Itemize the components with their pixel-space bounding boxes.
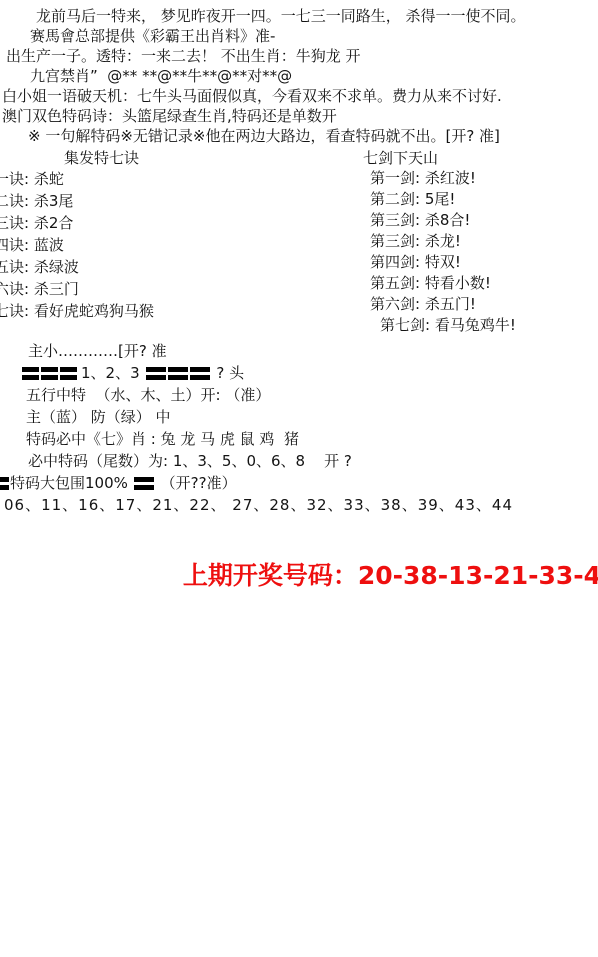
lottery-tip-sheet: 龙前马后一特来， 梦见昨夜开一四。一七三一同路生， 杀得一一使不同。 赛馬會总部… (0, 0, 598, 957)
black-bar-icon (22, 367, 39, 380)
head-bar-line: 1、2、3 ? 头 (0, 362, 598, 384)
right-column: 七剑下天山 第一剑: 杀红波! 第二剑: 5尾! 第三剑: 杀8合! 第三剑: … (358, 148, 598, 336)
right-column-row: 第四剑: 特双! (358, 252, 598, 273)
left-column-title: 集发特七诀 (0, 148, 358, 168)
zhuxiao-line: 主小…………[开? 准 (0, 340, 598, 362)
black-bar-icon (0, 477, 9, 490)
black-bar-icon (168, 367, 188, 380)
wuxing-line: 五行中特 （水、木、土）开: （准） (0, 384, 598, 406)
black-bar-icon (41, 367, 58, 380)
left-column-row: 二诀: 杀3尾 (0, 190, 358, 212)
baowei-line: 特码大包围100% （开??准） (0, 472, 598, 494)
left-column-row: 五诀: 杀绿波 (0, 256, 358, 278)
provider-line: 赛馬會总部提供《彩霸王出肖料》准- (0, 26, 598, 46)
yiju-jie-line: ※ 一句解特码※无错记录※他在两边大路边，看查特码就不出。[开? 准] (0, 126, 598, 146)
bizhong-weishu-line: 必中特码（尾数）为: 1、3、5、0、6、8 开 ? (0, 450, 598, 472)
poem-line: 龙前马后一特来， 梦见昨夜开一四。一七三一同路生， 杀得一一使不同。 (0, 6, 598, 26)
left-column-row: 七诀: 看好虎蛇鸡狗马猴 (0, 300, 358, 322)
right-column-row: 第一剑: 杀红波! (358, 168, 598, 189)
jiugong-line: 九宫禁肖” @** **@**牛**@**对**@ (0, 66, 598, 86)
aomen-line: 澳门双色特码诗：头篮尾绿查生肖,特码还是单数开 (0, 106, 598, 126)
zhufang-line: 主（蓝） 防（绿） 中 (0, 406, 598, 428)
black-bar-icon (190, 367, 210, 380)
black-bar-icon (134, 477, 154, 490)
left-column-row: 四诀: 蓝波 (0, 234, 358, 256)
baowei-text: 特码大包围100% (10, 472, 128, 494)
previous-draw-label: 上期开奖号码： (183, 561, 358, 590)
right-column-row: 第五剑: 特看小数! (358, 273, 598, 294)
birth-line: 出生产一子。透特：一来二去！ 不出生肖：牛狗龙 开 (0, 46, 598, 66)
left-column-row: 三诀: 杀2合 (0, 212, 358, 234)
right-column-title: 七剑下天山 (358, 148, 598, 168)
bizhong-shengxiao-line: 特码必中《七》肖 : 兔 龙 马 虎 鼠 鸡 猪 (0, 428, 598, 450)
left-column-row: 六诀: 杀三门 (0, 278, 358, 300)
head-bar-left-text: 1、2、3 (81, 362, 140, 384)
left-column-row: 一诀: 杀蛇 (0, 168, 358, 190)
previous-draw-line: 上期开奖号码：20-38-13-21-33-40+31 (0, 528, 598, 624)
right-column-row: 第七剑: 看马兔鸡牛! (358, 315, 598, 336)
right-column-row: 第二剑: 5尾! (358, 189, 598, 210)
candidate-numbers-line: 06、11、16、17、21、22、 27、28、32、33、38、39、43、… (0, 494, 598, 516)
baixiaojie-line: 白小姐一语破天机：七牛头马面假似真，今看双来不求单。费力从来不讨好. (0, 86, 598, 106)
right-column-row: 第六剑: 杀五门! (358, 294, 598, 315)
left-column: 集发特七诀 一诀: 杀蛇 二诀: 杀3尾 三诀: 杀2合 四诀: 蓝波 五诀: … (0, 148, 358, 336)
black-bar-icon (60, 367, 77, 380)
two-column-section: 集发特七诀 一诀: 杀蛇 二诀: 杀3尾 三诀: 杀2合 四诀: 蓝波 五诀: … (0, 148, 598, 336)
previous-draw-numbers: 20-38-13-21-33-40+31 (358, 561, 598, 590)
baowei-suffix: （开??准） (156, 472, 237, 494)
black-bar-icon (146, 367, 166, 380)
right-column-row: 第三剑: 杀龙! (358, 231, 598, 252)
right-column-row: 第三剑: 杀8合! (358, 210, 598, 231)
head-bar-right-text: ? 头 (212, 362, 245, 384)
